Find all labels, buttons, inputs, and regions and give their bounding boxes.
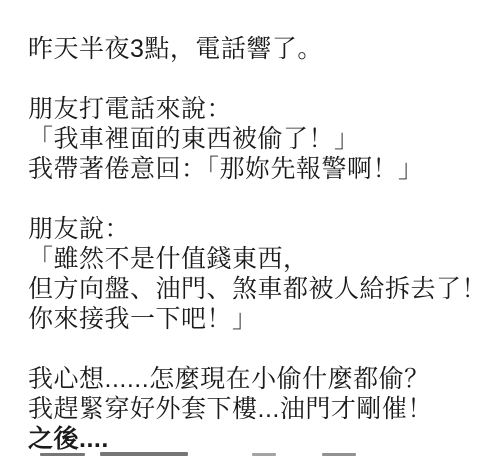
story-line: 朋友說： [28, 214, 492, 244]
paragraph-4: 我心想......怎麼現在小偷什麼都偷？ 我趕緊穿好外套下樓...油門才剛催！ … [28, 364, 492, 454]
story-line: 你來接我一下吧！」 [28, 304, 492, 334]
story-line: 昨天半夜3點，電話響了。 [28, 34, 492, 64]
story-line: 朋友打電話來說： [28, 94, 492, 124]
story-line: 我心想......怎麼現在小偷什麼都偷？ [28, 364, 492, 394]
story-line: 「我車裡面的東西被偷了！」 [28, 124, 492, 154]
paragraph-1: 昨天半夜3點，電話響了。 [28, 34, 492, 64]
text-fragment [100, 452, 188, 456]
paragraph-3: 朋友說： 「雖然不是什值錢東西， 但方向盤、油門、煞車都被人給拆去了！ 你來接我… [28, 214, 492, 334]
paragraph-2: 朋友打電話來說： 「我車裡面的東西被偷了！」 我帶著倦意回：「那妳先報警啊！」 [28, 94, 492, 184]
story-document: 昨天半夜3點，電話響了。 朋友打電話來說： 「我車裡面的東西被偷了！」 我帶著倦… [0, 0, 500, 456]
story-line-emphasis: 之後.... [28, 424, 492, 454]
story-line: 我趕緊穿好外套下樓...油門才剛催！ [28, 394, 492, 424]
story-line: 「雖然不是什值錢東西， [28, 244, 492, 274]
story-line: 但方向盤、油門、煞車都被人給拆去了！ [28, 274, 492, 304]
story-content: 昨天半夜3點，電話響了。 朋友打電話來說： 「我車裡面的東西被偷了！」 我帶著倦… [0, 0, 500, 454]
story-line: 我帶著倦意回：「那妳先報警啊！」 [28, 154, 492, 184]
cutoff-next-line [0, 451, 500, 456]
